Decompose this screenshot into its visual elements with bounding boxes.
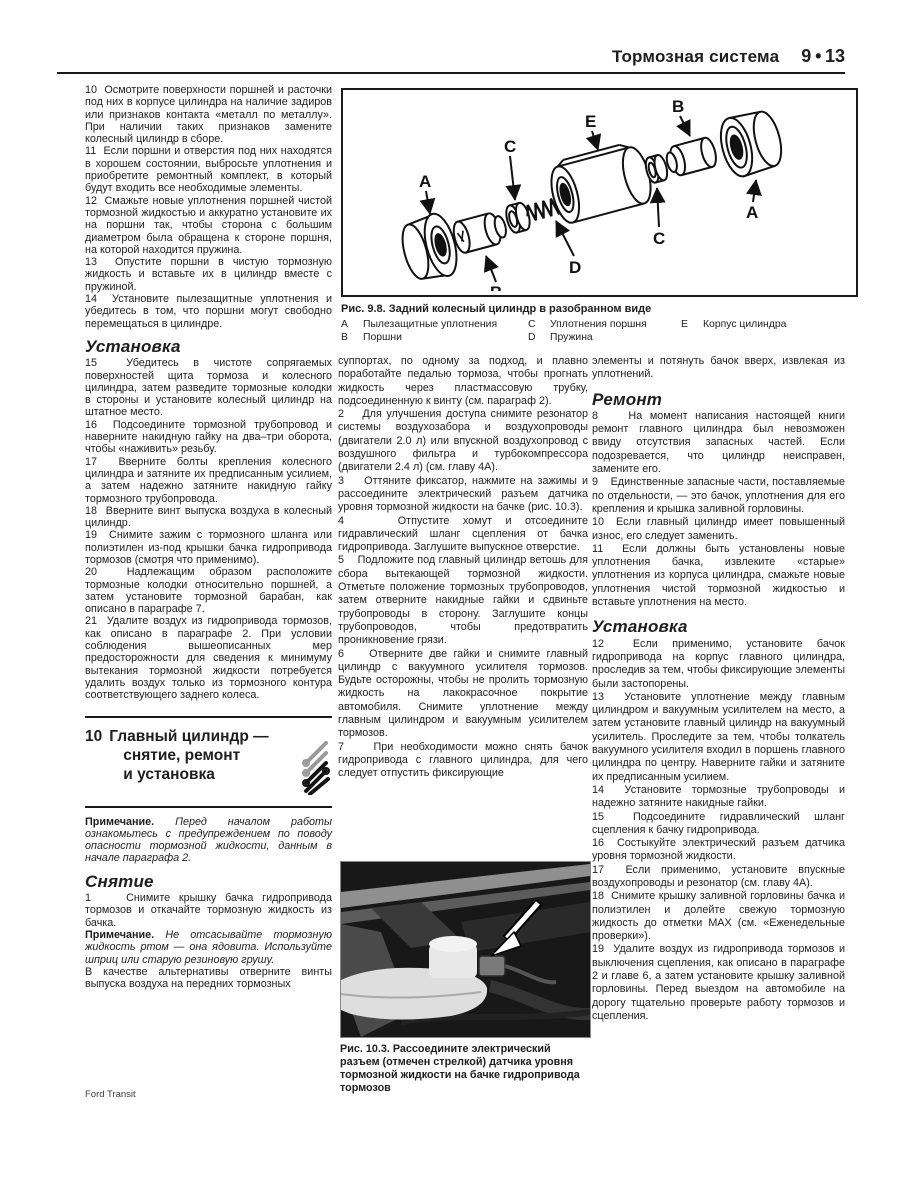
paragraph-14r: 14 Установите тормозные трубопроводы и н… [592,784,845,811]
heading-removal: Снятие [85,876,332,888]
page-header: Тормозная система9 • 13 [612,46,845,67]
paragraph-19r: 19 Удалите воздух из гидропривода тормоз… [592,943,845,1023]
label-A-right: A [746,203,758,222]
part-piston-left [451,210,510,254]
paragraph-11: 11 Если поршни и отверстия под них наход… [85,145,332,194]
figure-9-8-caption: Рис. 9.8. Задний колесный цилиндр в разо… [341,303,858,344]
level-sensor-connector [479,956,505,976]
label-C-right: C [653,229,665,248]
label-B-left: B [490,283,502,291]
paragraph-1-cont: В качестве альтернативы отверните винты … [85,966,332,991]
figure-10-3-photo [340,861,591,1038]
section-title-line: Главный цилиндр — [109,727,302,746]
left-column: 10 Осмотрите поверхности поршней и расто… [85,84,332,990]
label-E: E [585,112,596,131]
difficulty-wrench-icon [302,733,332,795]
legend-item: AПылезащитные уплотнения [341,318,528,331]
paragraph-15r: 15 Подсоедините гидравлический шланг сце… [592,811,845,838]
section-title-line: и установка [109,765,302,784]
legend-item: CУплотнения поршня [528,318,681,331]
part-dust-boot-right [715,107,787,180]
paragraph-10r: 10 Если главный цилиндр имеет повышенный… [592,516,845,543]
paragraph-9: 9 Единственные запасные части, поставляе… [592,476,845,516]
paragraph-11r: 11 Если должны быть установлены новые уп… [592,543,845,609]
right-column: элементы и потянуть бачок вверх, извлека… [592,355,845,1023]
paragraph-6: 6 Отверните две гайки и снимите главный … [338,648,588,741]
label-A-left: A [419,172,431,191]
paragraph-12r: 12 Если применимо, установите бачок гидр… [592,638,845,691]
paragraph-8: 8 На момент написания настоящей книги ре… [592,410,845,476]
paragraph-18r: 18 Снимите крышку заливной горловины бач… [592,890,845,943]
figure-9-8-legend: AПылезащитные уплотнения BПоршни CУплотн… [341,318,858,344]
paragraph-2: 2 Для улучшения доступа снимите резонато… [338,408,588,474]
note-hazard: Примечание. Перед началом работы ознаком… [85,816,332,865]
paragraph-17: 17 Вверните болты крепления колесного ци… [85,456,332,505]
paragraph-16: 16 Подсоедините тормозной трубопровод и … [85,419,332,456]
paragraph-5: 5 Подложите под главный цилиндр ветошь д… [338,554,588,647]
paragraph-7-continuation: элементы и потянуть бачок вверх, извлека… [592,355,845,382]
paragraph-1: 1 Снимите крышку бачка гидропривода торм… [85,892,332,929]
paragraph-21: 21 Удалите воздух из гидропривода тормоз… [85,615,332,701]
section-10-heading: 10 Главный цилиндр — снятие, ремонт и ус… [85,716,332,808]
paragraph-19: 19 Снимите зажим с тормозного шланга или… [85,529,332,566]
figure-10-3-caption: Рис. 10.3. Рассоедините электрический ра… [340,1043,592,1095]
paragraph-14: 14 Установите пылезащитные уплотнения и … [85,293,332,330]
note-fluid: Примечание. Не отсасывайте тормозную жид… [85,929,332,966]
note-label: Примечание. [85,816,154,828]
figure-9-8-caption-title: Рис. 9.8. Задний колесный цилиндр в разо… [341,303,858,315]
note-label: Примечание. [85,929,154,941]
paragraph-4: 4 Отпустите хомут и отсоедините гидравли… [338,515,588,555]
page-number: 9 • 13 [801,46,845,66]
paragraph-18: 18 Вверните винт выпуска воздуха в колес… [85,505,332,530]
chapter-title: Тормозная система [612,47,779,66]
section-title-line: снятие, ремонт [109,746,302,765]
legend-item: BПоршни [341,331,528,344]
part-dust-boot-left [397,210,463,285]
paragraph-3: 3 Оттяните фиксатор, нажмите на зажимы и… [338,475,588,515]
footer-model-name: Ford Transit [85,1089,136,1100]
exploded-wheel-cylinder-drawing: A B C D E C B A [343,90,852,291]
label-D: D [569,258,581,277]
section-number: 10 [85,727,102,746]
heading-repair: Ремонт [592,393,845,406]
paragraph-17r: 17 Если применимо, установите впускные в… [592,864,845,891]
paragraph-13: 13 Опустите поршни в чистую тормозную жи… [85,256,332,293]
paragraph-7: 7 При необходимости можно снять бачок ги… [338,741,588,781]
paragraph-1-continuation: суппортах, по одному за подход, и плавно… [338,355,588,408]
paragraph-10: 10 Осмотрите поверхности поршней и расто… [85,84,332,145]
manual-page: Тормозная система9 • 13 [0,0,900,1200]
paragraph-12: 12 Смажьте новые уплотнения поршней чист… [85,195,332,256]
paragraph-15: 15 Убедитесь в чистоте сопрягаемых повер… [85,357,332,418]
engine-bay-photo [341,862,590,1037]
section-title: Главный цилиндр — снятие, ремонт и устан… [109,727,302,784]
middle-column: суппортах, по одному за подход, и плавно… [338,355,588,781]
legend-item: EКорпус цилиндра [681,318,858,331]
part-cylinder-body [545,139,656,225]
heading-installation-wheel-cylinder: Установка [85,341,332,353]
paragraph-16r: 16 Состыкуйте электрический разъем датчи… [592,837,845,864]
label-B-right: B [672,97,684,116]
paragraph-13r: 13 Установите уплотнение между главным ц… [592,691,845,784]
paragraph-20: 20 Надлежащим образом расположите тормоз… [85,566,332,615]
header-rule [57,72,845,74]
part-piston-right [664,136,719,178]
heading-installation-master-cylinder: Установка [592,620,845,633]
legend-item: DПружина [528,331,681,344]
part-letters: A B C D E C B A [419,97,758,291]
figure-9-8-diagram: A B C D E C B A [341,88,858,297]
label-C-left: C [504,137,516,156]
